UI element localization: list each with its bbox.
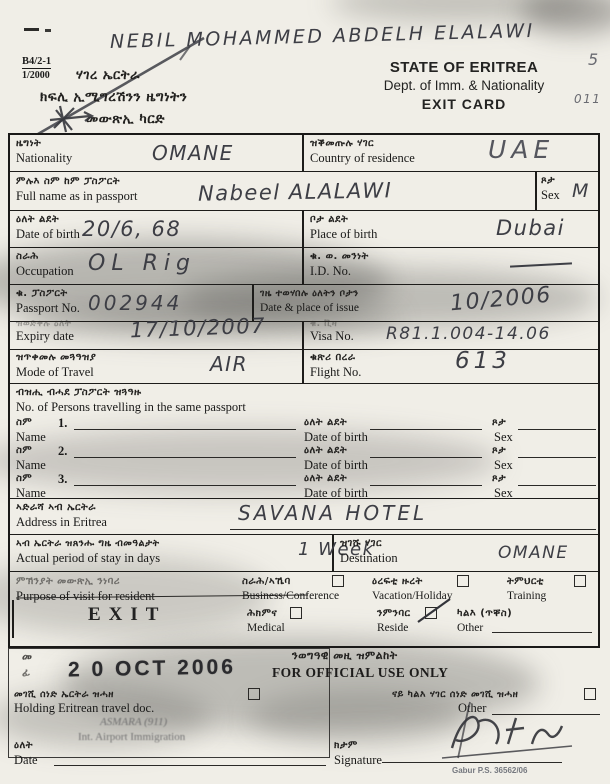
- other-label-ti: ካልእ (ጥቐስ): [457, 608, 512, 619]
- row-persons: ብዝሒ ብሓደ ፓስፖርት ዝጓዓዙ No. of Persons travel…: [10, 384, 598, 499]
- margin-tick: [12, 600, 14, 638]
- issue-label-ti: ገዜ ተወሃበሉ ዕለትን ቦታን: [260, 288, 359, 299]
- pob-label-ti: ቦታ ልደት: [310, 214, 348, 225]
- person-dob-en: Date of birth: [304, 431, 368, 444]
- blank-line: [492, 632, 592, 633]
- scan-artifact: [24, 28, 39, 31]
- header-title-en-1: STATE OF ERITREA: [348, 59, 580, 76]
- person-dob-ti: ዕለት ልደት: [304, 445, 347, 456]
- issue-value: 10/2006: [449, 283, 553, 317]
- nationality-label-ti: ዜግነት: [16, 138, 41, 149]
- training-checkbox: [574, 575, 586, 587]
- full-name-label-en: Full name as in passport: [16, 190, 138, 203]
- row-stay-destination: ኣብ ኤርትራ ዝጸንሑ ግዜ ብመዓልታት Actual period of …: [10, 535, 598, 572]
- destination-value: OMANE: [498, 543, 569, 563]
- other-doc-checkbox: [584, 688, 596, 700]
- other-doc-label-ti: ናይ ካልእ ሃገር ሰነድ መገሺ ዝሓዘ: [392, 689, 518, 700]
- medical-checkbox: [290, 607, 302, 619]
- blank-line: [518, 429, 596, 430]
- official-use-ti: ንወግዓዊ መዚ ዝምልከት: [292, 650, 398, 661]
- row-purpose: ምኽንያት መውጽኢ ንነባሪ Purpose of visit for res…: [10, 572, 598, 648]
- margin-pen-note-1: 5: [588, 50, 600, 69]
- toner-smudge: [330, 0, 590, 22]
- purpose-label-ti: ምኽንያት መውጽኢ ንነባሪ: [16, 576, 120, 587]
- training-label-ti: ትምህርቲ: [507, 576, 544, 587]
- occupation-label-en: Occupation: [16, 265, 74, 278]
- row-occupation: ስራሕ Occupation OL Rig ቁ. ወ. መንነት I.D. No…: [10, 248, 598, 285]
- blank-line: [382, 762, 562, 763]
- person-sex-en: Sex: [494, 431, 513, 444]
- sex-label-en: Sex: [541, 189, 560, 202]
- person-name-ti: ስም: [16, 473, 32, 484]
- business-checkbox: [332, 575, 344, 587]
- blank-line: [518, 485, 596, 486]
- business-label-en: Business/Conference: [242, 590, 339, 603]
- person-name-en: Name: [16, 459, 46, 472]
- margin-glyph: ፊ: [22, 667, 31, 678]
- official-use-en: FOR OFFICIAL USE ONLY: [272, 665, 448, 681]
- address-value: SAVANA HOTEL: [238, 501, 427, 525]
- exit-card-scan: B4/2-1 1/2000 NEBIL MOHAMMED ABDELH ELAL…: [0, 0, 610, 784]
- row-nationality: ዜግነት Nationality OMANE ዝቕመጡሉ ሃገር Country…: [10, 135, 598, 172]
- mode-label-en: Mode of Travel: [16, 366, 94, 379]
- business-label-ti: ስራሕ/ኣኼባ: [242, 576, 291, 587]
- issue-label-en: Date & place of issue: [260, 302, 359, 315]
- margin-glyph: መ: [22, 651, 32, 662]
- training-label-en: Training: [507, 590, 546, 603]
- occupation-value: OL Rig: [88, 251, 196, 276]
- form-table: ዜግነት Nationality OMANE ዝቕመጡሉ ሃገር Country…: [8, 133, 600, 648]
- dob-label-en: Date of birth: [16, 228, 80, 241]
- person-sex-en: Sex: [494, 459, 513, 472]
- medical-label-en: Medical: [247, 622, 285, 635]
- mode-label-ti: ዝጥቀመሉ መጓዓዝያ: [16, 352, 96, 363]
- row-address: ኣድራሻ ኣብ ኤርትራ Address in Eritrea SAVANA H…: [10, 499, 598, 535]
- full-name-value: Nabeel ALALAWI: [198, 178, 393, 205]
- printer-mark: Gabur P.S. 36562/06: [452, 766, 527, 775]
- passport-value: 002944: [88, 291, 182, 315]
- id-no-label-ti: ቁ. ወ. መንነት: [310, 251, 369, 262]
- person-number: 3.: [58, 473, 67, 486]
- flight-label-en: Flight No.: [310, 366, 361, 379]
- other-label-en: Other: [457, 622, 483, 635]
- flight-label-ti: ቁጽሪ በረራ: [310, 352, 355, 363]
- signature-label-ti: ክታም: [334, 740, 358, 751]
- destination-label-en: Destination: [340, 552, 398, 565]
- id-no-dash-handwritten: [510, 262, 572, 268]
- passport-label-ti: ቁ. ፓስፖርት: [16, 288, 68, 299]
- row-birth: ዕለት ልደት Date of birth 20/6, 68 ቦታ ልደት Pl…: [10, 211, 598, 248]
- expiry-label-en: Expiry date: [16, 330, 74, 343]
- person-dob-en: Date of birth: [304, 459, 368, 472]
- dob-value: 20/6, 68: [82, 217, 181, 241]
- visa-value: R81.1.004-14.06: [386, 324, 551, 344]
- vacation-checkbox: [457, 575, 469, 587]
- medical-label-ti: ሕክምና: [247, 608, 277, 619]
- stay-label-en: Actual period of stay in days: [16, 552, 160, 565]
- exit-stamp: EXIT: [88, 604, 166, 626]
- blank-line: [370, 485, 482, 486]
- signature-label-en: Signature: [334, 754, 382, 767]
- row-full-name: ምሉእ ስም ከም ፓስፖርት Full name as in passport…: [10, 172, 598, 211]
- destination-label-ti: ዝገሹ ሃገር: [340, 538, 382, 549]
- occupation-label-ti: ስራሕ: [16, 251, 39, 262]
- visa-label-en: Visa No.: [310, 330, 354, 343]
- row-travel: ዝጥቀመሉ መጓዓዝያ Mode of Travel AIR ቁጽሪ በረራ F…: [10, 350, 598, 384]
- persons-header-ti: ብዝሒ ብሓደ ፓስፖርት ዝጓዓዙ: [16, 387, 142, 398]
- row-passport: ቁ. ፓስፖርት Passport No. 002944 ገዜ ተወሃበሉ ዕለ…: [10, 285, 598, 322]
- pen-flower-mark: [46, 100, 98, 136]
- person-sex-ti: ጾታ: [492, 417, 506, 428]
- address-label-ti: ኣድራሻ ኣብ ኤርትራ: [16, 502, 96, 513]
- header-title-en-2: Dept. of Imm. & Nationality: [348, 78, 580, 93]
- persons-header-en: No. of Persons travelling in the same pa…: [16, 401, 246, 414]
- header-title-tigrinya-1: ሃገረ ኤርትራ: [76, 70, 140, 81]
- blank-line: [74, 429, 296, 430]
- sex-value: M: [572, 180, 590, 202]
- date-label-ti: ዕለት: [14, 740, 33, 751]
- person-name-en: Name: [16, 431, 46, 444]
- handwritten-passenger-name: NEBIL MOHAMMED ABDELH ELALAWI: [110, 20, 535, 53]
- blank-line: [370, 429, 482, 430]
- id-no-label-en: I.D. No.: [310, 265, 351, 278]
- full-name-label-ti: ምሉእ ስም ከም ፓስፖርት: [16, 176, 120, 187]
- blank-line: [74, 485, 296, 486]
- blank-line: [230, 529, 596, 530]
- address-label-en: Address in Eritrea: [16, 516, 107, 529]
- nationality-label-en: Nationality: [16, 152, 72, 165]
- person-name-ti: ስም: [16, 445, 32, 456]
- residence-value: UAE: [488, 135, 554, 164]
- expiry-value: 17/10/2007: [130, 314, 267, 343]
- mode-value: AIR: [210, 352, 248, 376]
- pob-label-en: Place of birth: [310, 228, 377, 241]
- person-dob-ti: ዕለት ልደት: [304, 473, 347, 484]
- date-stamp: 2 0 OCT 2006: [68, 656, 236, 683]
- nationality-value: OMANE: [152, 141, 234, 165]
- office-stamp-line1: ASMARA (911): [100, 716, 167, 729]
- person-name-ti: ስም: [16, 417, 32, 428]
- person-number: 1.: [58, 417, 67, 430]
- person-sex-ti: ጾታ: [492, 445, 506, 456]
- residence-label-en: Country of residence: [310, 152, 415, 165]
- flight-value: 613: [455, 348, 511, 374]
- holding-doc-label-ti: መገሺ ሰነድ ኤርትራ ዝሓዘ: [14, 689, 114, 700]
- person-number: 2.: [58, 445, 67, 458]
- residence-label-ti: ዝቕመጡሉ ሃገር: [310, 138, 374, 149]
- blank-line: [74, 457, 296, 458]
- pob-value: Dubai: [496, 216, 565, 240]
- signature-scribble: [412, 700, 582, 762]
- office-stamp-line2: Int. Airport Immigration: [78, 731, 185, 744]
- stay-label-ti: ኣብ ኤርትራ ዝጸንሑ ግዜ ብመዓልታት: [16, 538, 160, 549]
- blank-line: [370, 457, 482, 458]
- date-label-en: Date: [14, 754, 38, 767]
- row-expiry-visa: ዝወድቀሉ ዕለት Expiry date 17/10/2007 ቁ. ቪዛ V…: [10, 322, 598, 350]
- reside-checkmark: [416, 596, 452, 624]
- vacation-label-ti: ዕረፍቲ ዙረት: [372, 576, 423, 587]
- holding-doc-checkbox: [248, 688, 260, 700]
- header-title-en-3: EXIT CARD: [348, 96, 580, 112]
- reside-label-ti: ንምንባር: [377, 608, 411, 619]
- reside-label-en: Reside: [377, 622, 408, 635]
- holding-doc-label-en: Holding Eritrean travel doc.: [14, 702, 154, 715]
- person-sex-ti: ጾታ: [492, 473, 506, 484]
- blank-line: [54, 765, 326, 766]
- sex-label-ti: ጾታ: [541, 175, 555, 186]
- margin-pen-note-2: 011: [574, 92, 601, 106]
- passport-label-en: Passport No.: [16, 302, 80, 315]
- blank-line: [518, 457, 596, 458]
- dob-label-ti: ዕለት ልደት: [16, 214, 59, 225]
- person-dob-ti: ዕለት ልደት: [304, 417, 347, 428]
